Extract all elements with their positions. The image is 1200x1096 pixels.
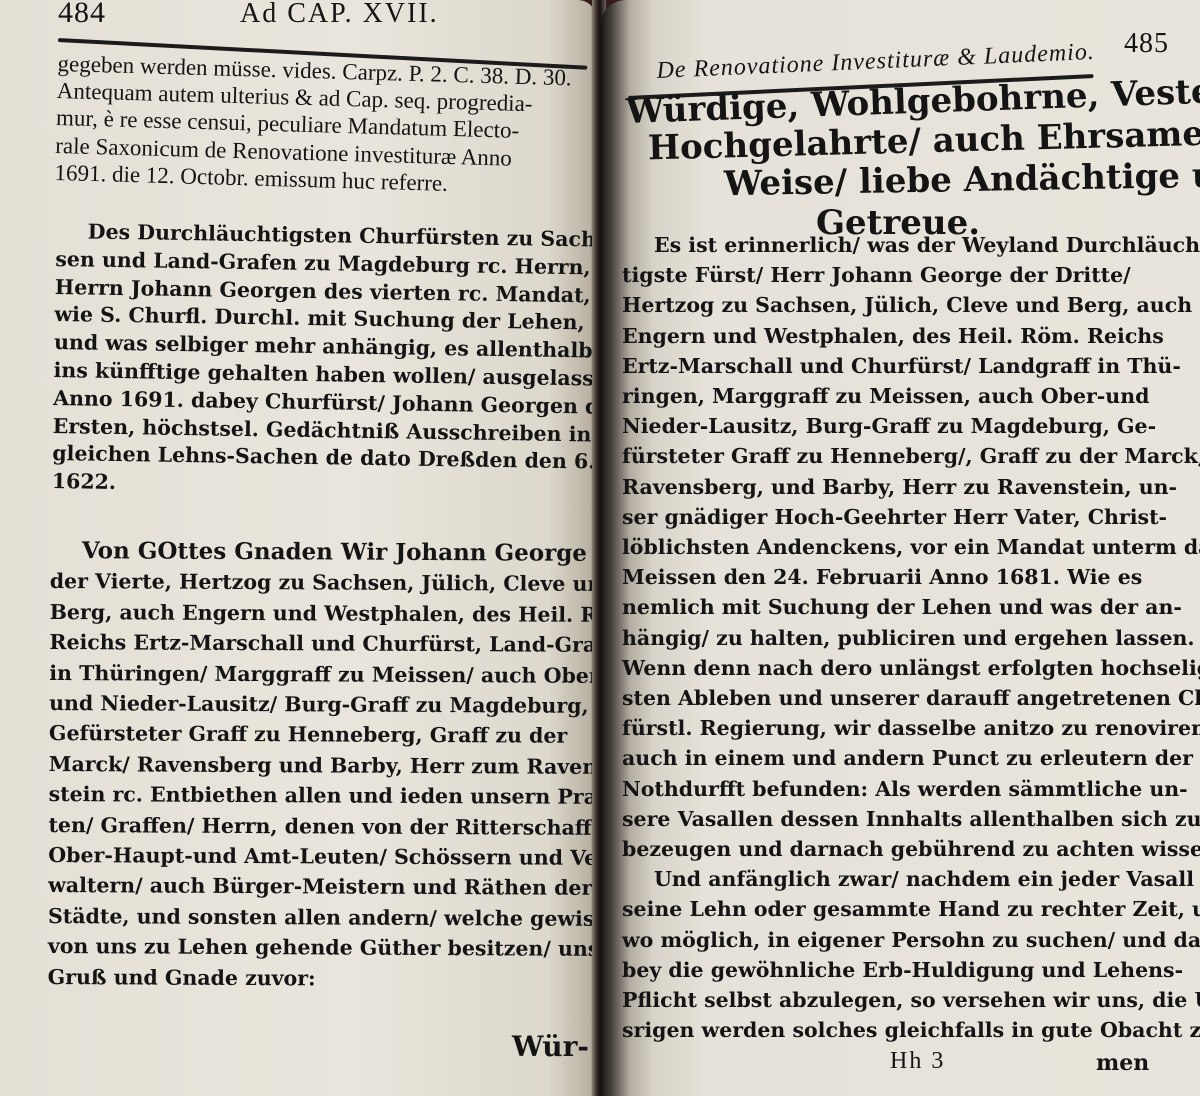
- text-line: Pflicht selbst abzulegen, so versehen wi…: [622, 985, 1200, 1015]
- text-line: löblichsten Andenckens, vor ein Mandat u…: [622, 532, 1200, 562]
- left-page: 484 Ad CAP. XVII. gegeben werden müsse. …: [0, 0, 596, 1096]
- text-line: Wenn denn nach dero unlängst erfolgten h…: [622, 653, 1200, 683]
- text-line: Meissen den 24. Februarii Anno 1681. Wie…: [622, 562, 1200, 592]
- text-line: Reichs Ertz-Marschall und Churfürst, Lan…: [49, 627, 639, 660]
- text-line: ringen, Marggraff zu Meissen, auch Ober-…: [622, 381, 1200, 411]
- right-page: De Renovatione Investituræ & Laudemio. 4…: [600, 0, 1200, 1096]
- text-line: ten/ Graffen/ Herrn, denen von der Ritte…: [48, 810, 638, 843]
- text-line: Ravensberg, und Barby, Herr zu Ravenstei…: [622, 472, 1200, 502]
- signature-mark: Hh 3: [890, 1048, 945, 1075]
- text-line: Berg, auch Engern und Westphalen, des He…: [50, 597, 640, 630]
- text-line: stein rc. Entbiethen allen und ieden uns…: [49, 779, 639, 812]
- text-line: Marck/ Ravensberg und Barby, Herr zum Ra…: [49, 749, 639, 782]
- text-line: in Thüringen/ Marggraff zu Meissen/ auch…: [49, 658, 639, 691]
- text-line: ser gnädiger Hoch-Geehrter Herr Vater, C…: [622, 502, 1200, 532]
- text-line: seine Lehn oder gesammte Hand zu rechter…: [622, 894, 1200, 924]
- open-book-spread: 484 Ad CAP. XVII. gegeben werden müsse. …: [0, 0, 1200, 1096]
- text-line: Gruß und Gnade zuvor:: [48, 962, 638, 995]
- text-line: bezeugen und darnach gebührend zu achten…: [622, 834, 1200, 864]
- right-page-number: 485: [1124, 28, 1169, 60]
- text-line: Und anfänglich zwar/ nachdem ein jeder V…: [622, 864, 1200, 894]
- text-line: von uns zu Lehen gehende Güther besitzen…: [48, 931, 638, 964]
- text-line: wo möglich, in eigener Persohn zu suchen…: [622, 925, 1200, 955]
- text-line: fürstl. Regierung, wir dasselbe anitzo z…: [622, 713, 1200, 743]
- text-line: Es ist erinnerlich/ was der Weyland Durc…: [622, 230, 1200, 260]
- text-line: waltern/ auch Bürger-Meistern und Räthen…: [48, 870, 638, 903]
- left-text-latin: gegeben werden müsse. vides. Carpz. P. 2…: [54, 50, 572, 200]
- text-line: der Vierte, Hertzog zu Sachsen, Jülich, …: [50, 566, 640, 599]
- text-line: Nieder-Lausitz, Burg-Graff zu Magdeburg,…: [622, 411, 1200, 441]
- text-line: Gefürsteter Graff zu Henneberg, Graff zu…: [49, 718, 639, 751]
- left-text-title: Des Durchläuchtigsten Churfürsten zu Sac…: [52, 218, 649, 505]
- text-line: Ober-Haupt-und Amt-Leuten/ Schössern und…: [48, 840, 638, 873]
- left-text-mandate: Von GOttes Gnaden Wir Johann George der …: [48, 536, 641, 995]
- text-line: Hertzog zu Sachsen, Jülich, Cleve und Be…: [622, 290, 1200, 320]
- text-line: hängig/ zu halten, publiciren und ergehe…: [622, 623, 1200, 653]
- text-line: Engern und Westphalen, des Heil. Röm. Re…: [622, 321, 1200, 351]
- text-line: Von GOttes Gnaden Wir Johann George: [50, 536, 640, 569]
- right-text-body: Es ist erinnerlich/ was der Weyland Durc…: [622, 230, 1200, 1045]
- text-line: und Nieder-Lausitz/ Burg-Graff zu Magdeb…: [49, 688, 639, 721]
- text-line: Ertz-Marschall und Churfürst/ Landgraff …: [622, 351, 1200, 381]
- left-page-number: 484: [58, 0, 106, 30]
- text-line: tigste Fürst/ Herr Johann George der Dri…: [622, 260, 1200, 290]
- text-line: Nothdurfft befunden: Als werden sämmtlic…: [622, 774, 1200, 804]
- text-line: sere Vasallen dessen Innhalts allenthalb…: [622, 804, 1200, 834]
- right-catchword: men: [1096, 1050, 1149, 1076]
- text-line: Städte, und sonsten allen andern/ welche…: [48, 901, 638, 934]
- text-line: fürsteter Graff zu Henneberg/, Graff zu …: [622, 441, 1200, 471]
- salutation-heading: Würdige, Wohlgebohrne, Veste/ Hochgelahr…: [626, 94, 1200, 242]
- text-line: nemlich mit Suchung der Lehen und was de…: [622, 592, 1200, 622]
- left-catchword: Wür-: [512, 1030, 589, 1063]
- left-running-head: Ad CAP. XVII.: [240, 0, 439, 30]
- text-line: bey die gewöhnliche Erb-Huldigung und Le…: [622, 955, 1200, 985]
- text-line: auch in einem und andern Punct zu erleut…: [622, 743, 1200, 773]
- text-line: sten Ableben und unserer darauff angetre…: [622, 683, 1200, 713]
- text-line: srigen werden solches gleichfalls in gut…: [622, 1015, 1200, 1045]
